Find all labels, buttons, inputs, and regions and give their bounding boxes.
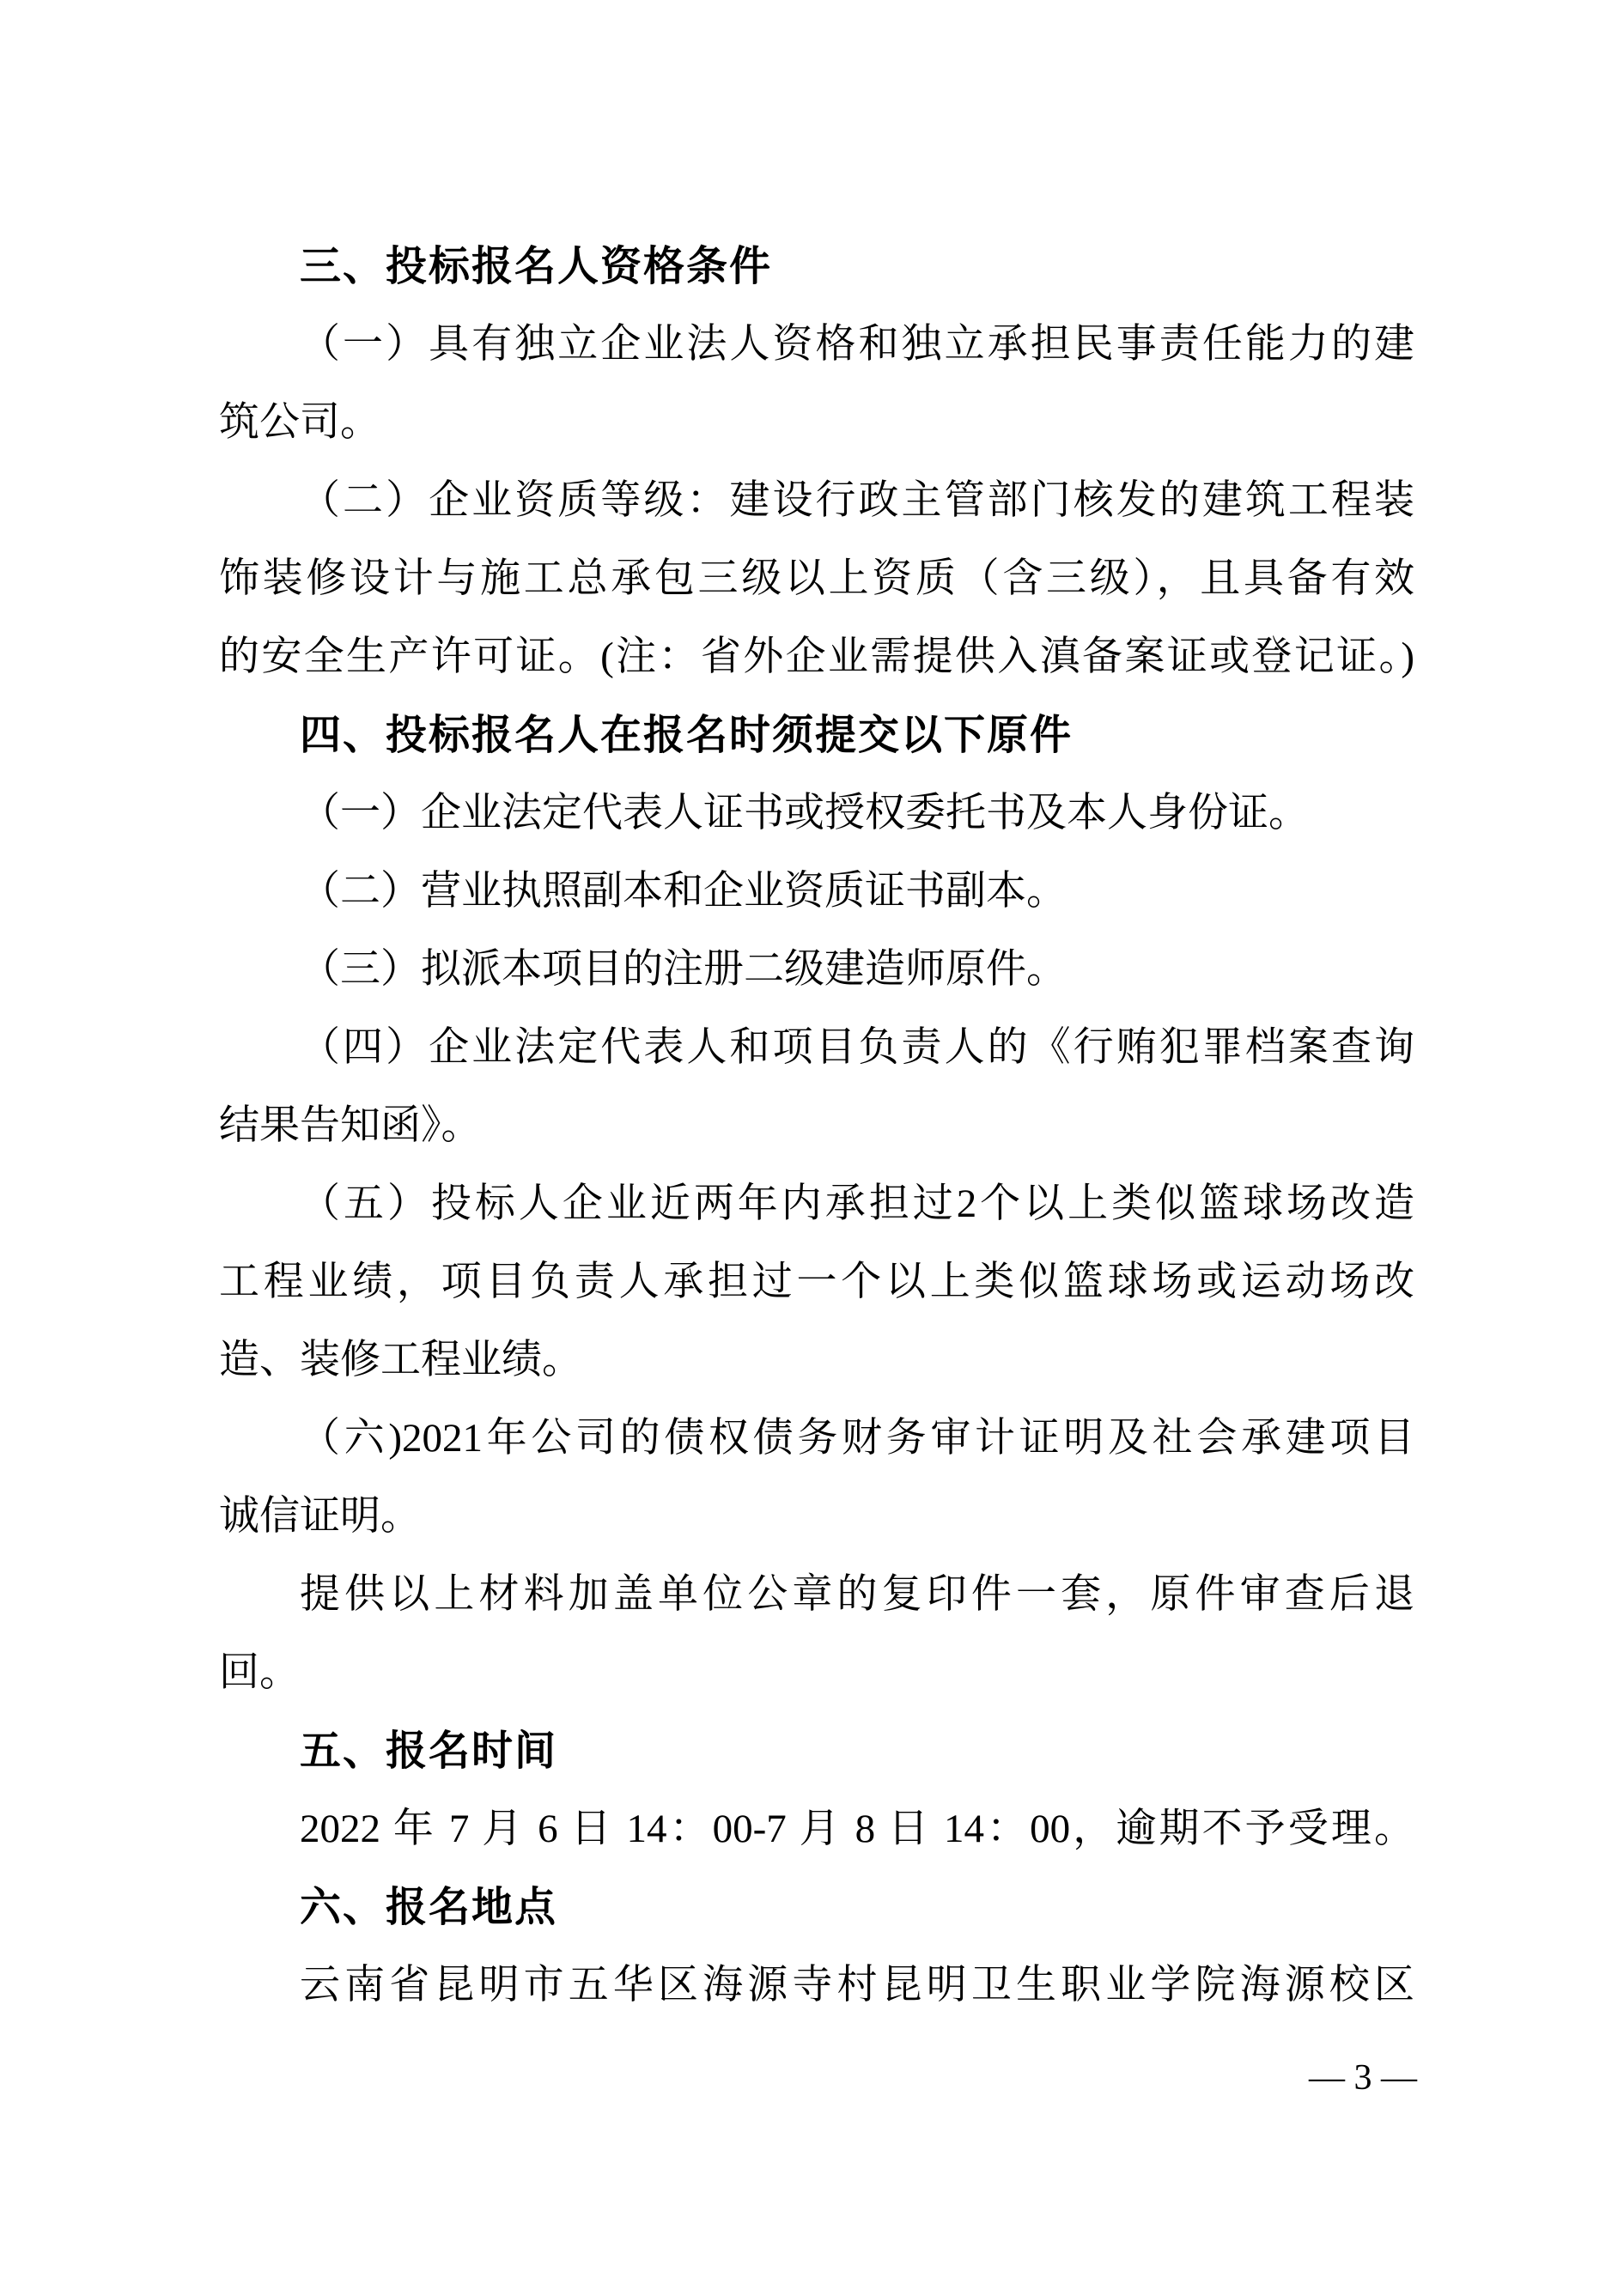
paragraph-line: 的安全生产许可证。(注：省外企业需提供入滇备案证或登记证。) [219, 618, 1414, 696]
paragraph-line: 工程业绩，项目负责人承担过一个以上类似篮球场或运动场改 [219, 1243, 1414, 1321]
paragraph-line: （三）拟派本项目的注册二级建造师原件。 [219, 931, 1414, 1009]
paragraph-line: （二）营业执照副本和企业资质证书副本。 [219, 853, 1414, 931]
paragraph-line: （四）企业法定代表人和项目负责人的《行贿犯罪档案查询 [219, 1009, 1414, 1087]
paragraph-line: 饰装修设计与施工总承包三级以上资质（含三级），且具备有效 [219, 540, 1414, 618]
page-number: — 3 — [1309, 2054, 1417, 2102]
paragraph-line: （一）企业法定代表人证书或授权委托书及本人身份证。 [219, 774, 1414, 853]
section-heading: 五、报名时间 [219, 1712, 1414, 1790]
document-page: 三、投标报名人资格条件（一）具有独立企业法人资格和独立承担民事责任能力的建筑公司… [0, 0, 1624, 2296]
paragraph-line: （六)2021年公司的债权债务财务审计证明及社会承建项目 [219, 1400, 1414, 1478]
paragraph-line: 造、装修工程业绩。 [219, 1321, 1414, 1400]
paragraph-line: （一）具有独立企业法人资格和独立承担民事责任能力的建 [219, 306, 1414, 384]
document-content: 三、投标报名人资格条件（一）具有独立企业法人资格和独立承担民事责任能力的建筑公司… [219, 228, 1414, 2025]
paragraph-line: 诚信证明。 [219, 1478, 1414, 1556]
paragraph-line: （五）投标人企业近两年内承担过2个以上类似篮球场改造 [219, 1165, 1414, 1243]
section-heading: 六、报名地点 [219, 1868, 1414, 1947]
section-heading: 三、投标报名人资格条件 [219, 228, 1414, 306]
paragraph-line: 2022 年 7 月 6 日 14：00-7 月 8 日 14：00，逾期不予受… [219, 1790, 1414, 1868]
paragraph-line: 云南省昆明市五华区海源寺村昆明卫生职业学院海源校区 [219, 1947, 1414, 2025]
paragraph-line: 结果告知函》。 [219, 1087, 1414, 1165]
paragraph-line: 筑公司。 [219, 384, 1414, 462]
paragraph-line: 提供以上材料加盖单位公章的复印件一套，原件审查后退 [219, 1556, 1414, 1634]
section-heading: 四、投标报名人在报名时须提交以下原件 [219, 696, 1414, 774]
paragraph-line: （二）企业资质等级：建设行政主管部门核发的建筑工程装 [219, 462, 1414, 540]
paragraph-line: 回。 [219, 1634, 1414, 1712]
